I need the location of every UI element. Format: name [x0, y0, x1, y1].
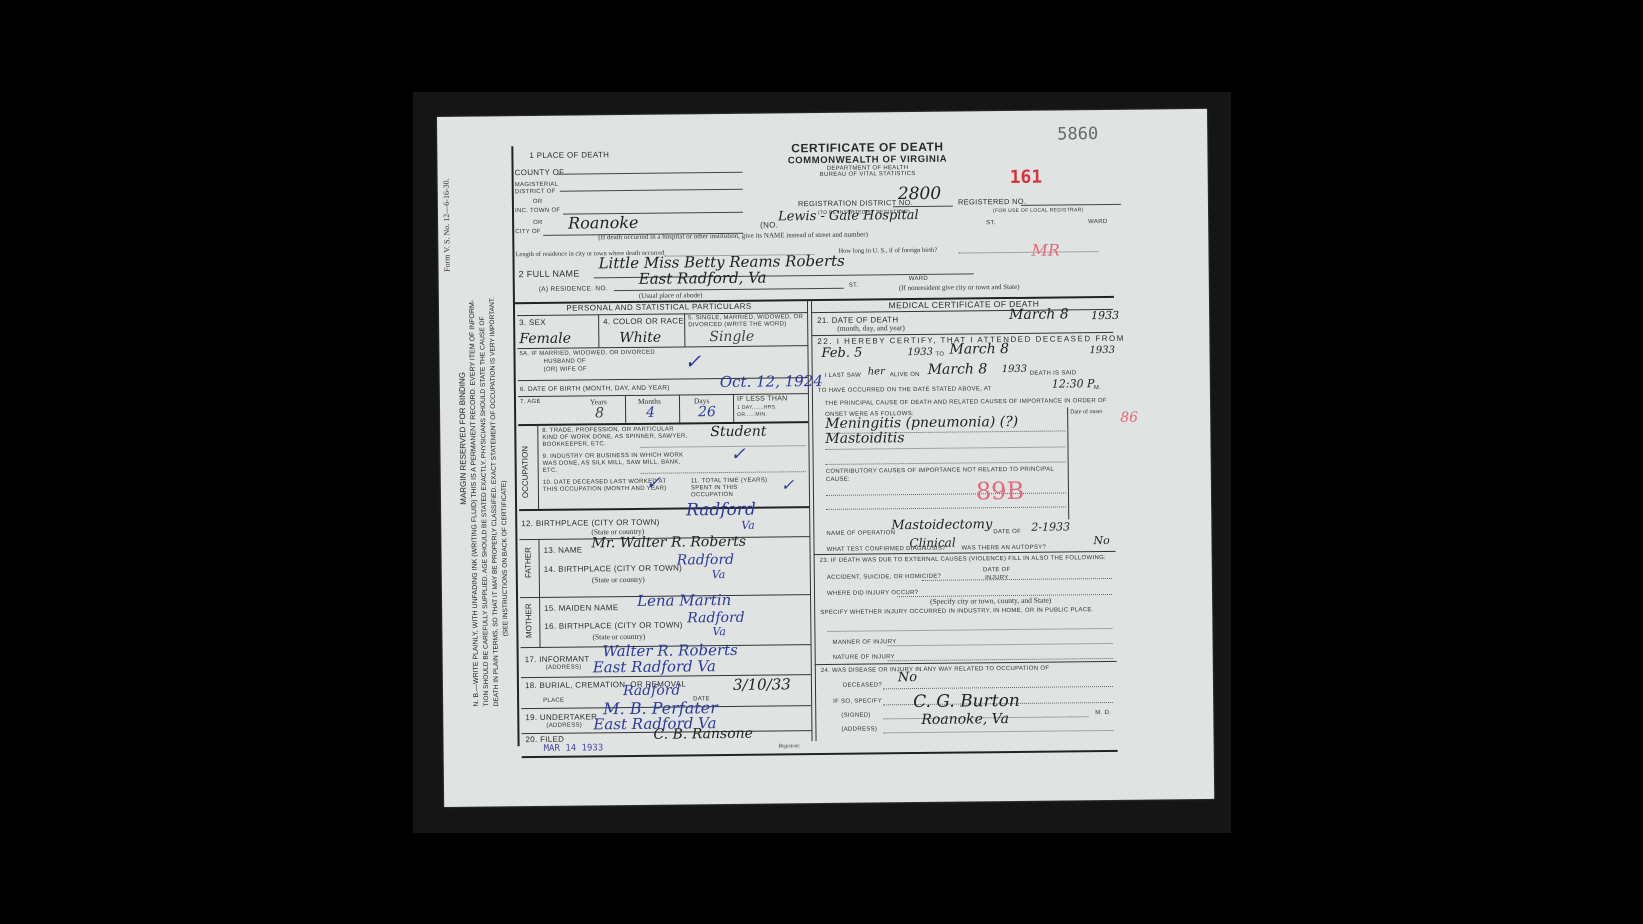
abode-note: (Usual place of abode)	[639, 291, 703, 300]
cell-divider	[733, 394, 734, 422]
foreign-birth-field	[958, 251, 1098, 253]
mother-divider	[539, 597, 541, 647]
margin-instruction-2: TION SHOULD BE CAREFULLY SUPPLIED. AGE S…	[479, 316, 490, 706]
operation-label: NAME OF OPERATION	[826, 530, 895, 537]
signed-label: (SIGNED)	[841, 712, 870, 718]
total-time-label: 11. TOTAL TIME (YEARS) SPENT IN THIS OCC…	[691, 478, 771, 500]
father-name-label: 13. NAME	[543, 546, 582, 555]
race-label: 4. COLOR OR RACE	[603, 316, 684, 326]
mother-birthplace-sublabel: (State or country)	[592, 632, 645, 642]
red-code-89b: 89B	[976, 477, 1024, 506]
registered-no-field	[1021, 204, 1121, 206]
md-label: M. D.	[1095, 710, 1111, 716]
death-said-label: DEATH IS SAID	[1030, 370, 1077, 376]
registrar-label: Registrar.	[779, 743, 801, 749]
registrar-signature: C. B. Ransone	[653, 726, 753, 743]
if-so-label: IF SO, SPECIFY	[833, 698, 882, 705]
birthplace-city: Radford	[686, 500, 756, 521]
reg-district-field	[893, 206, 953, 208]
residence-value: East Radford, Va	[639, 269, 767, 288]
hrs-label: 1 DAY,......HRS.	[737, 404, 777, 410]
occupation-related-value: No	[898, 670, 917, 685]
burial-date: 3/10/33	[733, 675, 791, 694]
institution-value: Lewis - Gale Hospital	[778, 208, 919, 224]
occupation-related-field	[883, 686, 1113, 689]
marital-value: Single	[709, 329, 754, 345]
physician-signature: C. G. Burton	[913, 691, 1020, 712]
filed-stamp: MAR 14 1933	[544, 743, 604, 754]
industry-check: ✓	[730, 444, 745, 465]
autopsy-value: No	[1093, 534, 1109, 547]
occurred-label: TO HAVE OCCURRED ON THE DATE STATED ABOV…	[818, 386, 992, 394]
industry-label: 9. INDUSTRY OR BUSINESS IN WHICH WORK WA…	[543, 452, 691, 475]
undertaker-label: 19. UNDERTAKER	[525, 712, 597, 722]
death-certificate: Form V. S. No. 12—6-16-30. MARGIN RESERV…	[437, 109, 1214, 807]
father-birthplace-label: 14. BIRTHPLACE (city or town)	[544, 563, 682, 573]
or-label: OR	[533, 220, 543, 226]
attended-to-year: 1933	[1089, 345, 1115, 356]
cell-divider	[625, 395, 626, 423]
mother-birthplace-city: Radford	[687, 610, 745, 627]
operation-date: 2-1933	[1031, 520, 1070, 533]
informant-label: 17. INFORMANT	[525, 654, 590, 664]
cell-divider	[684, 313, 685, 346]
place-of-death-heading: 1 PLACE OF DEATH	[529, 150, 609, 160]
row-rule	[519, 506, 809, 511]
spouse-label: 5A. IF MARRIED, WIDOWED, OR DIVORCED	[519, 350, 655, 357]
county-field	[558, 172, 743, 175]
attended-from-year: 1933	[907, 347, 933, 358]
deceased-label: DECEASED?	[843, 682, 882, 688]
city-value: Roanoke	[568, 213, 639, 233]
stamp-number: 5860	[1057, 124, 1098, 144]
wife-label: (OR) WIFE OF	[544, 366, 587, 372]
maiden-name-value: Lena Martin	[637, 591, 731, 610]
institution-no-label: (No.	[760, 220, 778, 229]
sex-label: 3. SEX	[519, 318, 546, 327]
physician-address-label: (ADDRESS)	[841, 726, 877, 732]
magisterial-field	[560, 189, 743, 192]
residence-label: (A) RESIDENCE. NO.	[539, 285, 608, 293]
town-label: INC. TOWN OF	[515, 208, 560, 214]
min-label: OR......MIN.	[737, 412, 767, 418]
personal-heading: PERSONAL AND STATISTICAL PARTICULARS	[514, 301, 804, 313]
dod-sublabel: (month, day, and year)	[837, 323, 905, 333]
manner-field	[888, 643, 1113, 646]
nonresident-note: (If nonresident give city or town and St…	[899, 283, 1020, 292]
cell-divider	[598, 314, 599, 347]
margin-instruction-3: DEATH IN PLAIN TERMS, SO THAT IT MAY BE …	[489, 297, 500, 706]
reg-district-value: 2800	[898, 184, 941, 204]
sex-value: Female	[519, 331, 571, 348]
onset-label: Date of onset	[1070, 409, 1102, 415]
registered-no-label: REGISTERED NO.	[958, 197, 1026, 207]
bureau-name: BUREAU OF VITAL STATISTICS	[768, 170, 968, 178]
occupation-related-label: 24. WAS DISEASE OR INJURY IN ANY WAY REL…	[821, 666, 1050, 674]
binding-rule	[511, 146, 519, 746]
age-months-value: 4	[646, 405, 655, 421]
maiden-name-label: 15. MAIDEN NAME	[544, 603, 618, 613]
less-than-label: IF LESS THAN	[737, 395, 788, 403]
birthplace-state: Va	[741, 519, 755, 532]
age-years-value: 8	[595, 405, 604, 421]
external-causes-label: 23. IF DEATH WAS DUE TO EXTERNAL CAUSES …	[820, 554, 1115, 565]
filed-label: 20. FILED	[525, 735, 564, 744]
registered-no-note: (FOR USE OF LOCAL REGISTRAR)	[993, 207, 1084, 214]
operation-value: Mastoidectomy	[891, 517, 992, 533]
dod-value: March 8	[1009, 306, 1069, 323]
alive-on-label: ALIVE ON	[890, 372, 920, 378]
burial-place-label: PLACE	[543, 698, 564, 704]
m-label: M.	[1094, 385, 1101, 391]
autopsy-label: WAS THERE AN AUTOPSY?	[962, 545, 1047, 552]
residence-field	[614, 288, 844, 291]
father-birthplace-state: Va	[712, 568, 726, 581]
hospital-note: (If death occurred in a hospital or othe…	[598, 230, 868, 241]
last-worked-check: ✓	[646, 473, 661, 494]
margin-instruction-4: (SEE INSTRUCTIONS ON BACK OF CERTIFICATE…	[501, 480, 510, 636]
mr-mark: MR	[1031, 240, 1060, 259]
margin-instruction-1: N. B.—WRITE PLAINLY, WITH UNFADING INK (…	[469, 300, 480, 707]
specify-injury-label: SPECIFY WHETHER INJURY OCCURRED IN INDUS…	[820, 606, 1110, 618]
mother-birthplace-state: Va	[712, 625, 726, 638]
contributory-field	[826, 506, 1066, 510]
dod-year: 1933	[1091, 309, 1119, 322]
dob-value: Oct. 12, 1924	[720, 372, 823, 391]
marital-label: 5. SINGLE, MARRIED, WIDOWED, OR DIVORCED…	[688, 314, 806, 329]
father-divider	[538, 539, 540, 597]
spouse-check: ✓	[684, 349, 701, 373]
row-rule	[815, 661, 1117, 665]
occupation-divider	[537, 426, 539, 509]
county-label: COUNTY OF	[515, 168, 565, 178]
st-label: ST.	[986, 220, 996, 226]
operation-date-label: DATE OF	[993, 529, 1021, 535]
red-code-86: 86	[1120, 410, 1138, 426]
ward-label: WARD	[1088, 219, 1107, 225]
trade-value: Student	[710, 424, 766, 441]
mother-side-label: MOTHER	[524, 603, 533, 638]
magisterial-label: MAGISTERIAL DISTRICT OF	[515, 182, 560, 196]
certificate-header: CERTIFICATE OF DEATH COMMONWEALTH OF VIR…	[767, 139, 967, 178]
residence-ward-label: WARD	[909, 276, 928, 282]
onset-divider	[1067, 407, 1069, 519]
last-saw-year: 1933	[1002, 364, 1028, 375]
red-number: 161	[1010, 167, 1043, 188]
physician-address: Roanoke, Va	[921, 711, 1009, 728]
attended-from: Feb. 5	[821, 346, 862, 361]
age-days-value: 26	[698, 404, 716, 420]
death-time: 12:30 P	[1052, 377, 1095, 390]
trade-label: 8. TRADE, PROFESSION, OR PARTICULAR KIND…	[542, 426, 690, 449]
or-label: OR	[533, 199, 543, 205]
to-label: TO	[935, 352, 944, 358]
father-name-value: Mr. Walter R. Roberts	[591, 534, 746, 552]
cause-line-1: Meningitis (pneumonia) (?)	[825, 414, 1018, 432]
age-label: 7. AGE	[520, 399, 541, 405]
last-saw-label: I LAST SAW	[825, 373, 861, 379]
undertaker-address-label: (ADDRESS)	[546, 723, 582, 729]
where-injury-note: (Specify city or town, county, and State…	[930, 596, 1051, 606]
nature-label: NATURE OF INJURY	[833, 654, 895, 661]
mother-birthplace-label: 16. BIRTHPLACE (city or town)	[544, 620, 682, 630]
full-name-label: 2 FULL NAME	[519, 269, 580, 280]
total-time-check: ✓	[781, 475, 795, 494]
burial-place: Radford	[623, 682, 681, 699]
form-number: Form V. S. No. 12—6-16-30.	[442, 178, 452, 272]
residence-st-label: ST.	[849, 283, 859, 289]
dob-label: 6. DATE OF BIRTH (month, day, and year)	[520, 385, 670, 394]
last-saw-pronoun: her	[868, 366, 885, 377]
occupation-side-label: OCCUPATION	[520, 446, 530, 498]
race-value: White	[619, 330, 661, 346]
attended-to: March 8	[949, 341, 1009, 358]
contributory-field	[826, 492, 1066, 496]
city-label: CITY OF	[515, 229, 541, 235]
husband-label: HUSBAND OF	[544, 358, 586, 364]
cause-field	[825, 446, 1065, 450]
cause-field	[826, 461, 1066, 465]
physician-address-field	[883, 730, 1113, 733]
informant-address-label: (ADDRESS)	[546, 665, 582, 671]
father-birthplace-sublabel: (State or country)	[592, 575, 645, 585]
test-value: Clinical	[909, 536, 955, 550]
father-birthplace-city: Radford	[677, 552, 735, 569]
bottom-rule	[522, 750, 1118, 758]
last-saw-date: March 8	[928, 361, 988, 378]
father-side-label: FATHER	[524, 547, 533, 578]
specify-injury-field	[827, 628, 1112, 632]
informant-address: East Radford Va	[593, 657, 716, 676]
foreign-birth-label: How long in U. S., if of foreign birth?	[838, 247, 937, 255]
cell-divider	[679, 394, 680, 422]
margin-reserved-label: MARGIN RESERVED FOR BINDING	[458, 372, 468, 505]
